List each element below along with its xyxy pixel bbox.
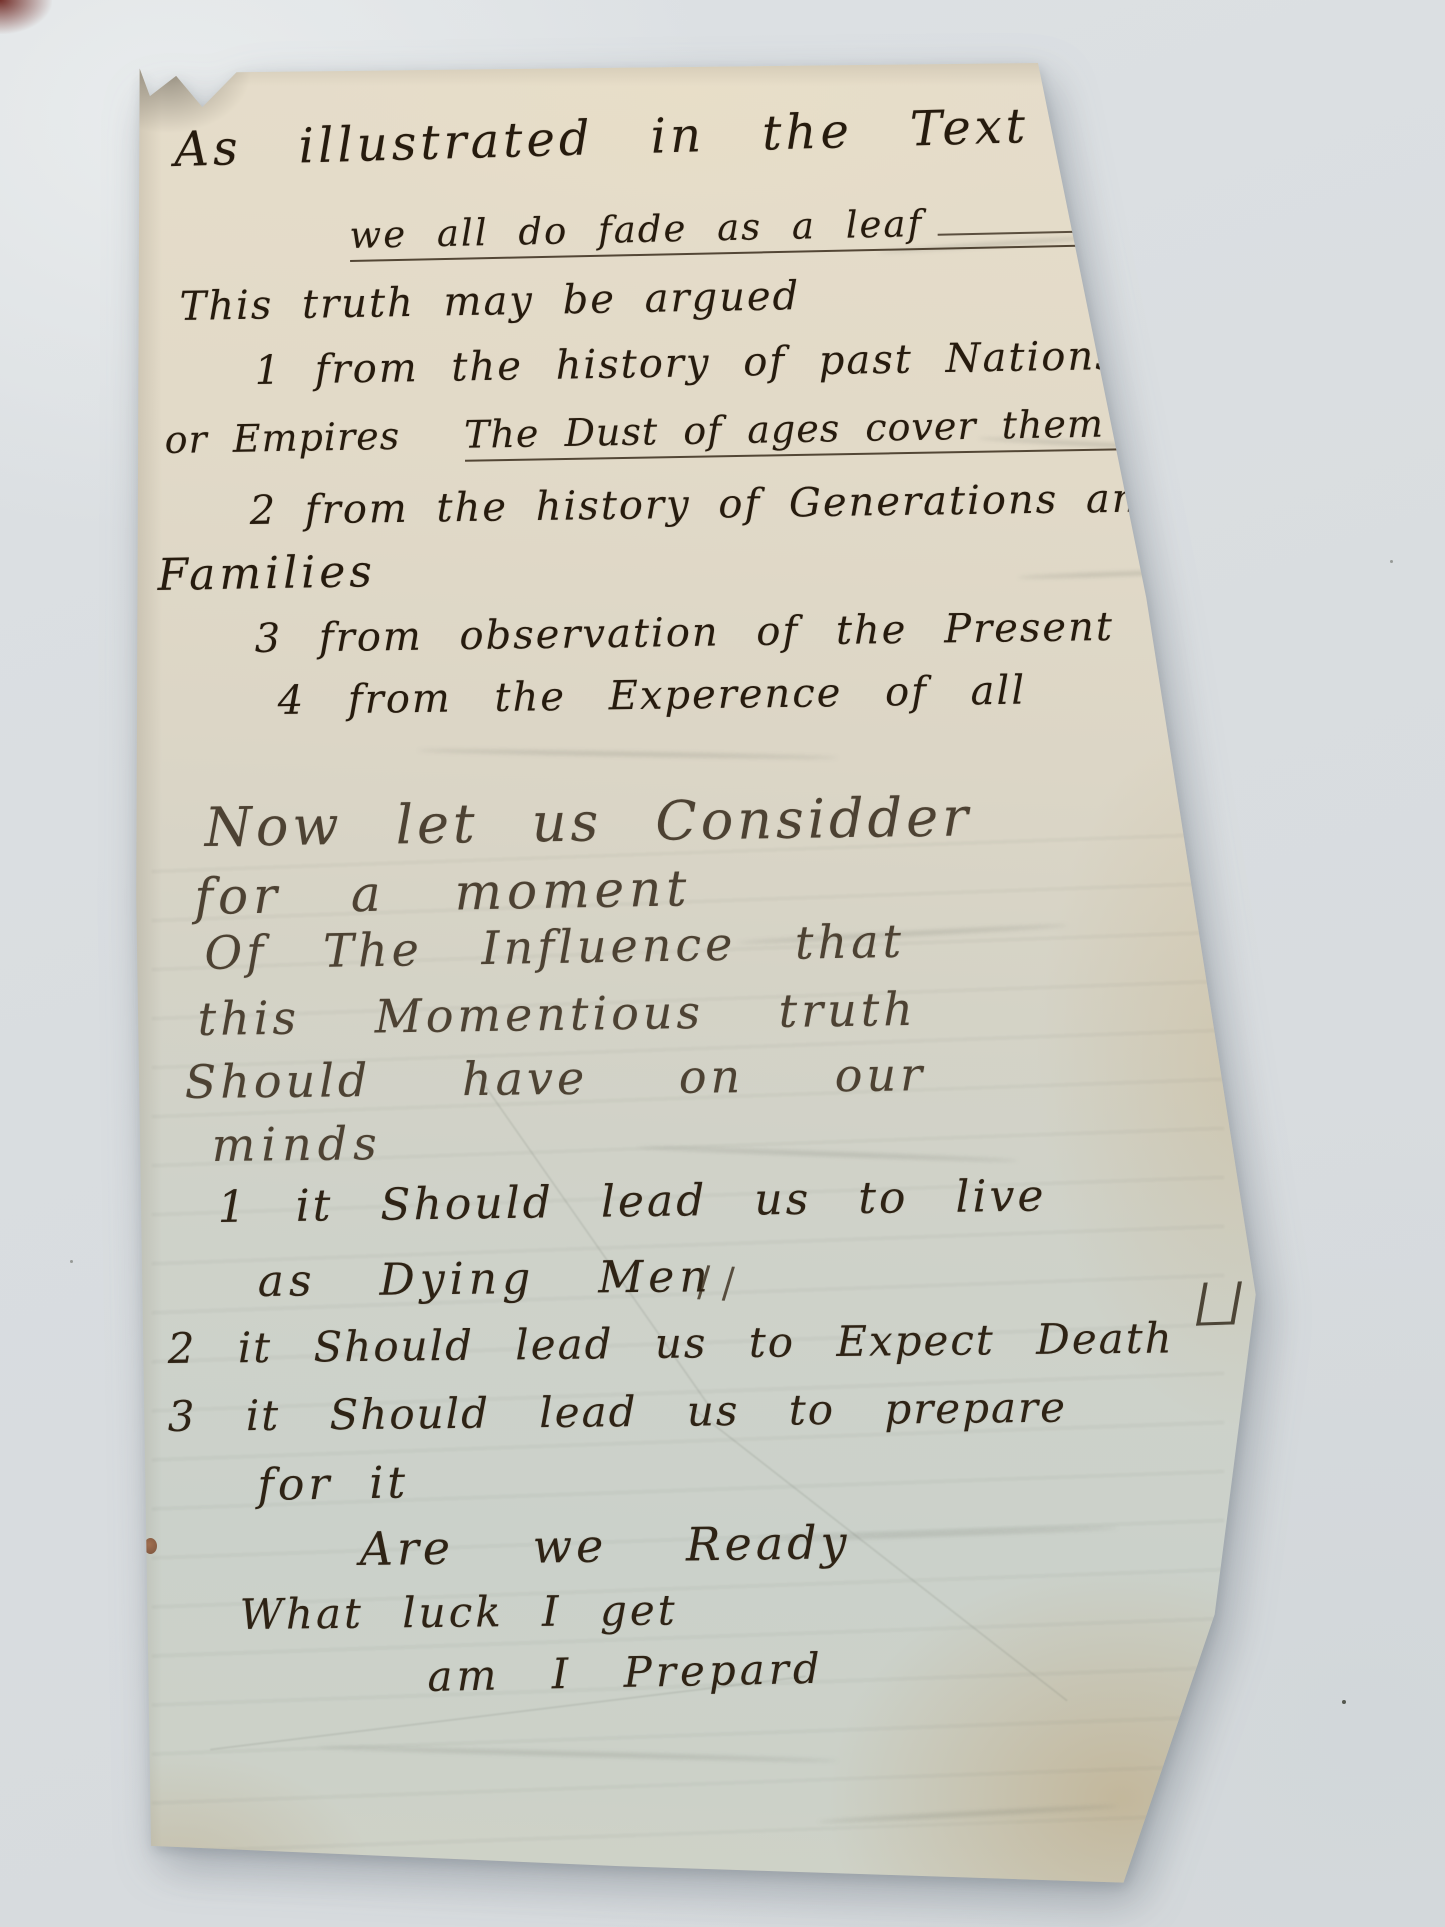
underlined-phrase: The Dust of ages cover them bbox=[464, 399, 1279, 462]
dust-speck bbox=[1342, 1700, 1346, 1704]
application-point-3: 3 it Should lead us to prepare bbox=[167, 1383, 1067, 1441]
application-intro-line-6: minds bbox=[211, 1116, 383, 1172]
argument-point-3: 3 from observation of the Present bbox=[254, 604, 1114, 662]
show-through-stroke bbox=[1018, 569, 1218, 580]
argument-point-1-continued-start: or Empires bbox=[164, 414, 400, 462]
application-intro-line-4: this Momentious truth bbox=[197, 982, 917, 1046]
heading-line: As illustrated in the Text bbox=[173, 98, 1029, 178]
show-through-stroke bbox=[418, 748, 838, 759]
closing-question-line-2: What luck I get bbox=[239, 1585, 677, 1639]
argument-point-1: 1 from the history of past Nations bbox=[254, 333, 1118, 394]
argument-point-4: 4 from the Experence of all bbox=[277, 668, 1026, 724]
application-intro-line-5: Should have on our bbox=[184, 1047, 926, 1109]
ink-stain bbox=[144, 1538, 157, 1554]
argument-point-2-continued: Families bbox=[157, 546, 376, 601]
application-point-3-continued: for it bbox=[257, 1457, 409, 1511]
manuscript-photo: As illustrated in the Text we all do fad… bbox=[118, 52, 1258, 1890]
application-intro-line-1: Now let us Considder bbox=[204, 785, 972, 859]
dust-speck bbox=[70, 1260, 73, 1263]
dust-speck bbox=[1390, 560, 1393, 563]
stray-pen-mark bbox=[1196, 1281, 1242, 1325]
argument-point-1-continued: or EmpiresThe Dust of ages cover them bbox=[164, 399, 1278, 462]
underlined-scripture-text: we all do fade as a leaf bbox=[349, 198, 1098, 262]
closing-question-line-3: am I Prepard bbox=[427, 1644, 824, 1701]
argument-intro-line: This truth may be argued bbox=[179, 273, 800, 330]
closing-question-line-1: Are we Ready bbox=[359, 1515, 851, 1576]
argument-point-2: 2 from the history of Generations and bbox=[249, 475, 1167, 534]
application-point-1-continued: as Dying Men bbox=[257, 1251, 712, 1307]
paper-edge-shading bbox=[118, 60, 1053, 86]
application-intro-line-3-rest: The Influence that bbox=[323, 914, 906, 978]
photo-corner-artifact bbox=[0, 0, 52, 34]
manuscript-page: As illustrated in the Text we all do fad… bbox=[118, 52, 1258, 1890]
photo-background: { "photo": { "background_color": "#d9dde… bbox=[0, 0, 1445, 1927]
paper-crease bbox=[108, 52, 131, 612]
application-intro-line-3-start: Of bbox=[204, 925, 268, 980]
scripture-text-line: we all do fade as a leaf bbox=[349, 198, 1097, 257]
application-intro-line-2: for a moment bbox=[194, 859, 692, 926]
